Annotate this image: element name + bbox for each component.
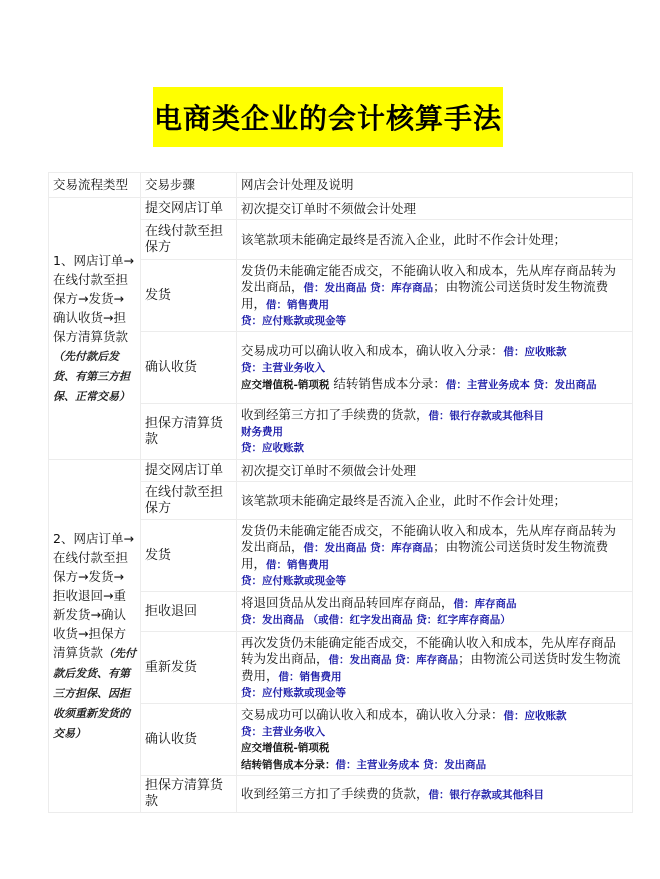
description-cell: 再次发货仍未能确定能否成交，不能确认收入和成本，先从库存商品转为发出商品，借：发…: [237, 632, 633, 704]
journal-entry: 贷：发出商品 （或借：红字发出商品 贷：红字库存商品）: [241, 612, 628, 628]
journal-entry: 借：销售费用: [266, 299, 329, 311]
description-cell: 收到经第三方扣了手续费的货款，借：银行存款或其他科目: [237, 776, 633, 813]
journal-entry: 借：银行存款或其他科目: [429, 789, 545, 801]
header-description: 网店会计处理及说明: [237, 173, 633, 198]
description-text: 收到经第三方扣了手续费的货款，: [241, 786, 429, 801]
journal-entry: 借：销售费用: [266, 559, 329, 571]
description-cell: 将退回货品从发出商品转回库存商品，借：库存商品 贷：发出商品 （或借：红字发出商…: [237, 592, 633, 632]
description-cell: 发货仍未能确定能否成交，不能确认收入和成本，先从库存商品转为发出商品，借：发出商…: [237, 520, 633, 592]
journal-entry: 贷：主营业务收入: [241, 724, 628, 740]
step-cell: 担保方清算货款: [141, 404, 237, 460]
table-row: 1、网店订单→在线付款至担保方→发货→确认收货→担保方清算货款（先付款后发货、有…: [49, 198, 633, 220]
description-text: 交易成功可以确认收入和成本，确认收入分录：: [241, 343, 504, 358]
step-cell: 发货: [141, 520, 237, 592]
step-cell: 提交网店订单: [141, 198, 237, 220]
flow-type-note: （先付款后发货、有第三方担保、因拒收须重新发货的交易）: [53, 647, 136, 740]
step-cell: 发货: [141, 260, 237, 332]
step-cell: 拒收退回: [141, 592, 237, 632]
flow-type-text: 2、网店订单→在线付款至担保方→发货→拒收退回→重新发货→确认收货→担保方清算货…: [53, 531, 134, 660]
journal-entry: 借：发出商品 贷：库存商品: [304, 542, 434, 554]
journal-entry: 借：发出商品 贷：库存商品: [304, 282, 434, 294]
tax-note: 应交增值税-销项税: [241, 379, 329, 391]
tax-note: 应交增值税-销项税: [241, 740, 628, 756]
journal-entry: 贷：主营业务收入: [241, 360, 628, 376]
flow-type-cell-2: 2、网店订单→在线付款至担保方→发货→拒收退回→重新发货→确认收货→担保方清算货…: [49, 460, 141, 813]
title-banner: 电商类企业的会计核算手法: [153, 87, 503, 147]
description-text: 交易成功可以确认收入和成本，确认收入分录：: [241, 707, 504, 722]
flow-type-cell-1: 1、网店订单→在线付款至担保方→发货→确认收货→担保方清算货款（先付款后发货、有…: [49, 198, 141, 460]
journal-entry: 贷：应付账款或现金等: [241, 685, 628, 701]
description-text: 收到经第三方扣了手续费的货款，: [241, 407, 429, 422]
description-cell: 发货仍未能确定能否成交，不能确认收入和成本，先从库存商品转为发出商品，借：发出商…: [237, 260, 633, 332]
description-cell: 交易成功可以确认收入和成本，确认收入分录：借：应收账款 贷：主营业务收入 应交增…: [237, 332, 633, 404]
step-cell: 在线付款至担保方: [141, 482, 237, 520]
description-cell: 交易成功可以确认收入和成本，确认收入分录：借：应收账款 贷：主营业务收入 应交增…: [237, 704, 633, 776]
step-cell: 提交网店订单: [141, 460, 237, 482]
journal-entry: 借：发出商品 贷：库存商品: [329, 654, 459, 666]
step-cell: 确认收货: [141, 332, 237, 404]
header-flow-type: 交易流程类型: [49, 173, 141, 198]
flow-type-text: 1、网店订单→在线付款至担保方→发货→确认收货→担保方清算货款: [53, 253, 134, 344]
description-cell: 收到经第三方扣了手续费的货款，借：银行存款或其他科目 财务费用 贷：应收账款: [237, 404, 633, 460]
journal-entry: 借：主营业务成本 贷：发出商品: [446, 379, 597, 391]
accounting-table: 交易流程类型 交易步骤 网店会计处理及说明 1、网店订单→在线付款至担保方→发货…: [48, 172, 633, 813]
journal-entry: 贷：应付账款或现金等: [241, 573, 628, 589]
flow-type-note: （先付款后发货、有第三方担保、正常交易）: [53, 350, 130, 403]
journal-entry: 贷：应收账款: [241, 440, 628, 456]
description-text: 将退回货品从发出商品转回库存商品，: [241, 595, 454, 610]
journal-entry: 借：应收账款: [504, 346, 567, 358]
description-cell: 该笔款项未能确定最终是否流入企业，此时不作会计处理；: [237, 482, 633, 520]
description-cell: 该笔款项未能确定最终是否流入企业，此时不作会计处理；: [237, 220, 633, 260]
journal-entry: 借：销售费用: [279, 671, 342, 683]
table-header-row: 交易流程类型 交易步骤 网店会计处理及说明: [49, 173, 633, 198]
journal-entry: 借：主营业务成本 贷：发出商品: [336, 759, 487, 771]
step-cell: 担保方清算货款: [141, 776, 237, 813]
header-step: 交易步骤: [141, 173, 237, 198]
journal-entry: 贷：应付账款或现金等: [241, 313, 628, 329]
description-cell: 初次提交订单时不须做会计处理: [237, 460, 633, 482]
table-row: 2、网店订单→在线付款至担保方→发货→拒收退回→重新发货→确认收货→担保方清算货…: [49, 460, 633, 482]
step-cell: 确认收货: [141, 704, 237, 776]
cost-transfer-note: 结转销售成本分录：: [241, 759, 336, 771]
step-cell: 在线付款至担保方: [141, 220, 237, 260]
step-cell: 重新发货: [141, 632, 237, 704]
description-text: 结转销售成本分录：: [329, 376, 445, 391]
journal-entry: 借：应收账款: [504, 710, 567, 722]
page-title: 电商类企业的会计核算手法: [154, 97, 502, 137]
journal-entry: 财务费用: [241, 424, 628, 440]
description-cell: 初次提交订单时不须做会计处理: [237, 198, 633, 220]
journal-entry: 借：银行存款或其他科目: [429, 410, 545, 422]
journal-entry: 借：库存商品: [454, 598, 517, 610]
